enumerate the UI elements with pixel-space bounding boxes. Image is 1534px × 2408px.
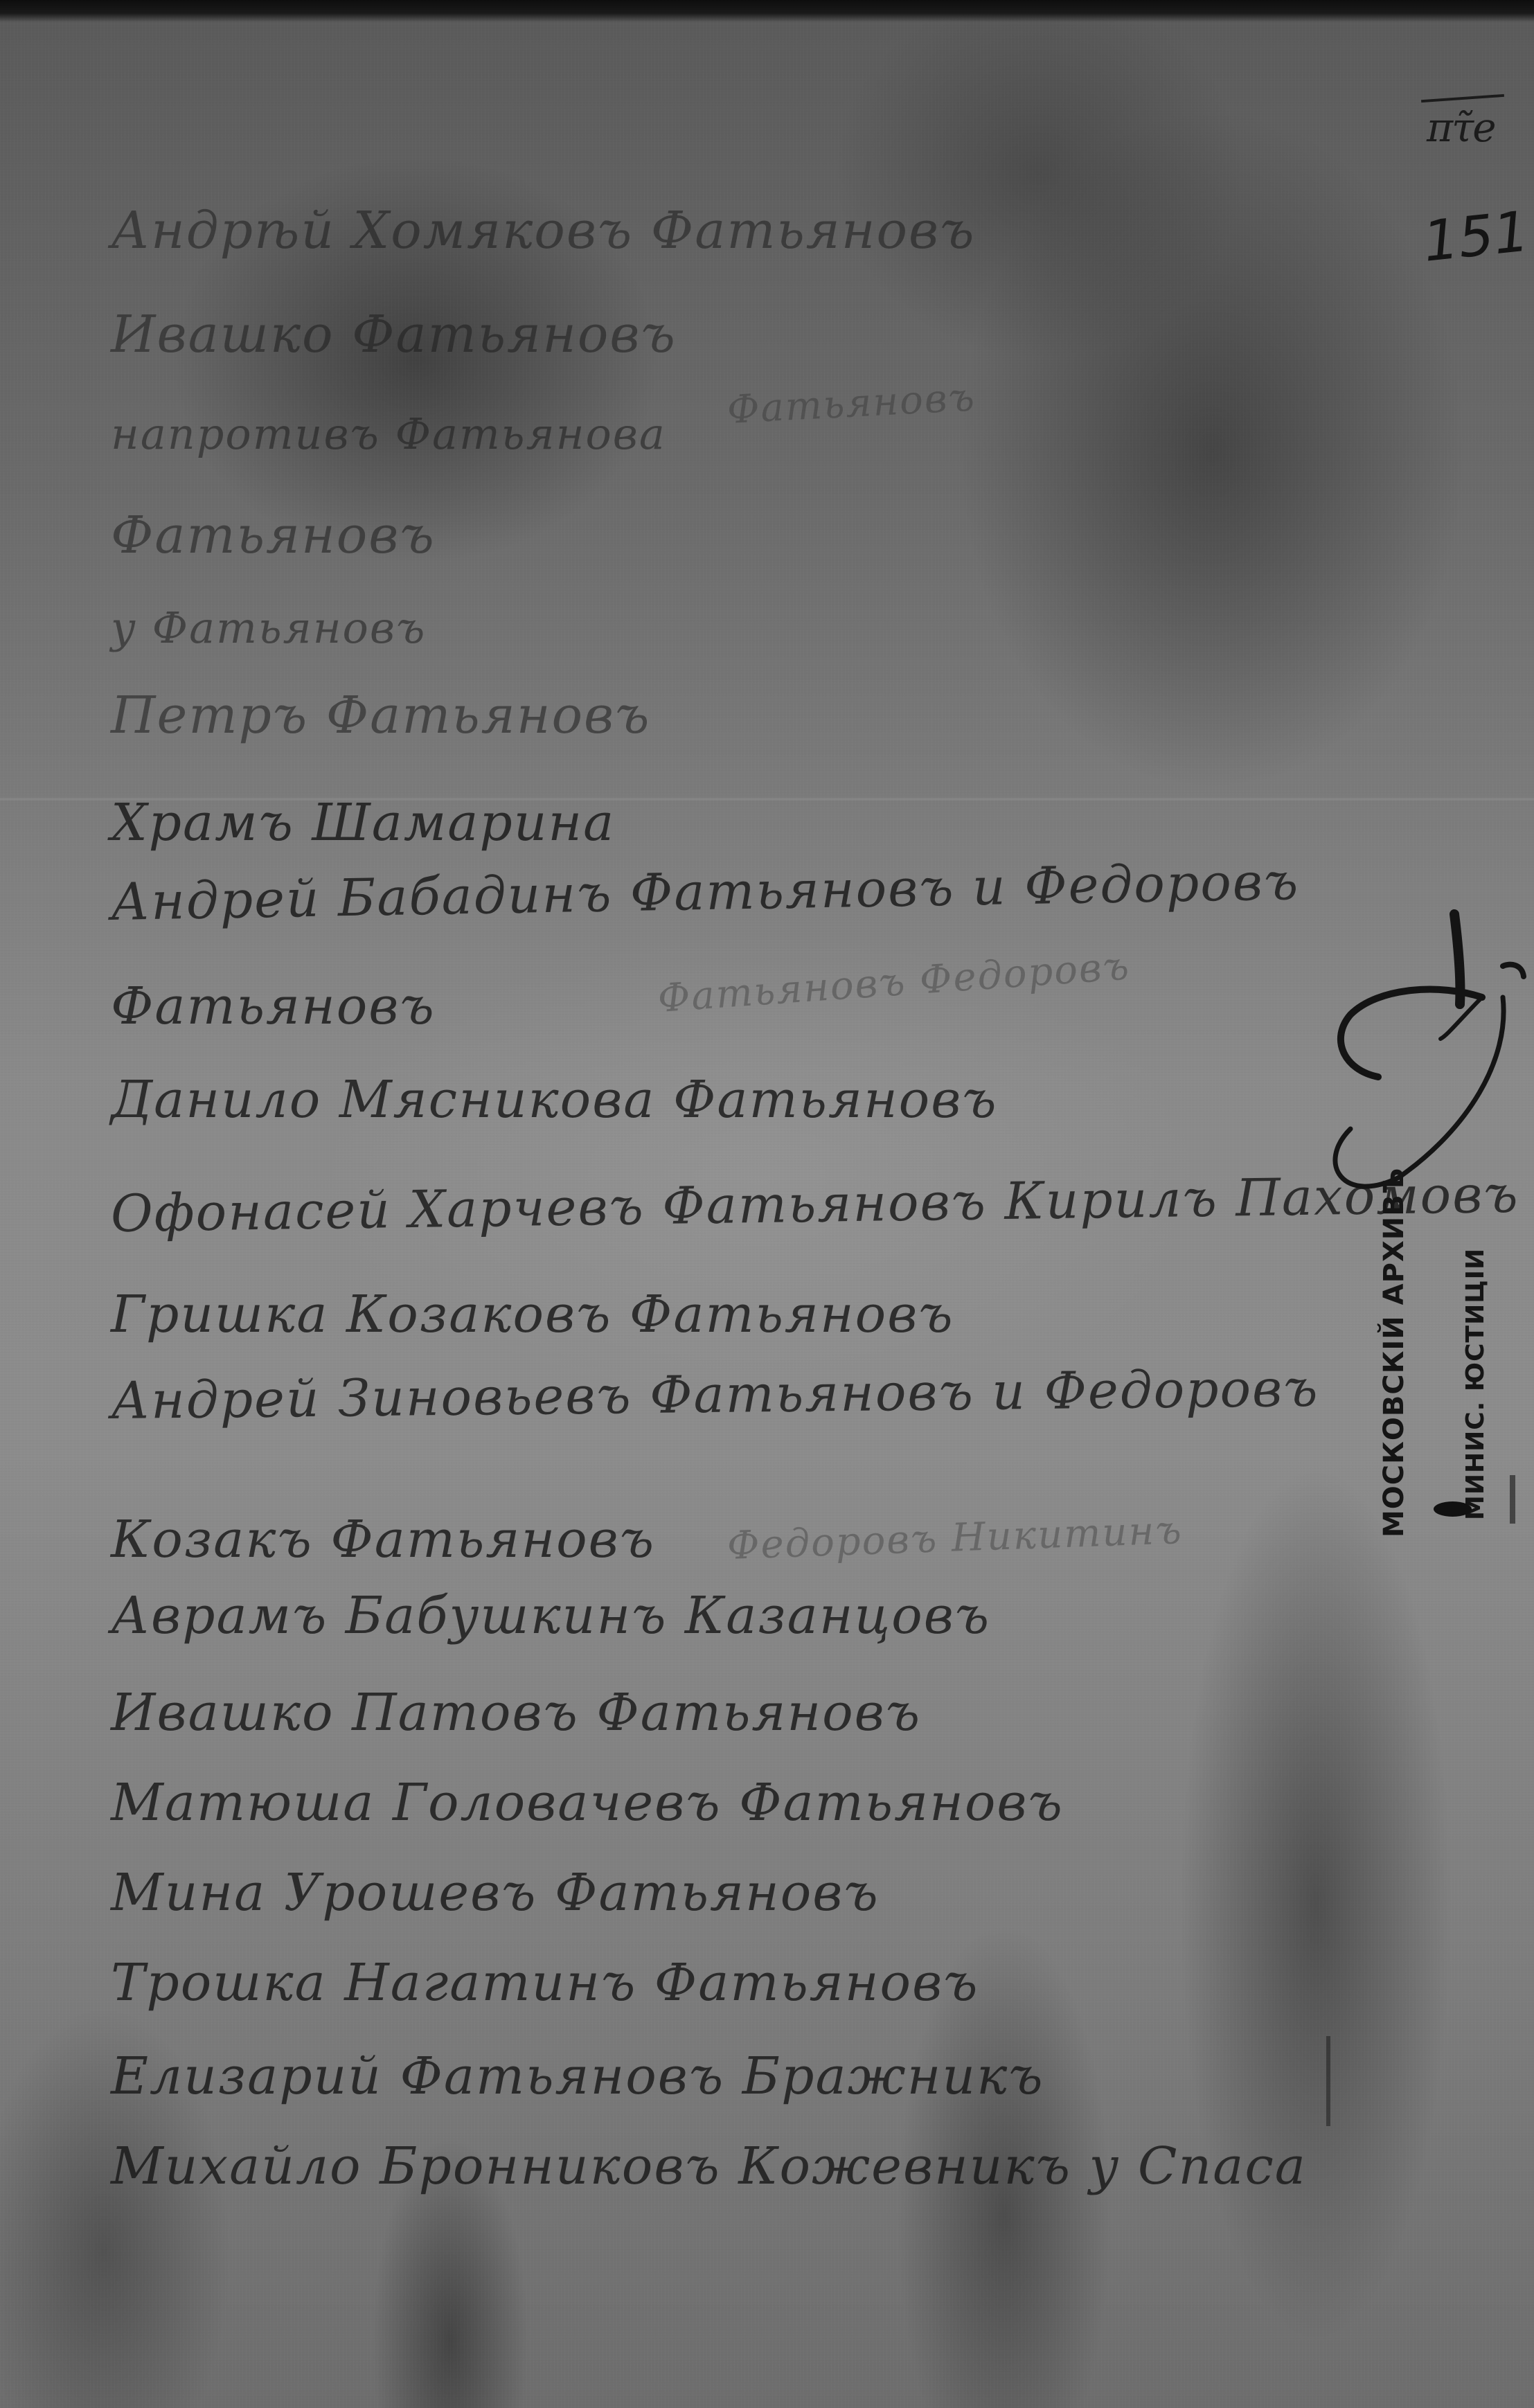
manuscript-line-2: Ивашко Фатьяновъ [111, 305, 677, 364]
manuscript-line-17: Матюша Головачевъ Фатьяновъ [111, 1773, 1064, 1832]
manuscript-line-12: Гришка Козаковъ Фатьяновъ [111, 1285, 954, 1344]
folio-mark: πτ̃е [1427, 104, 1495, 151]
folio-number: 151 [1420, 199, 1533, 274]
scanner-top-edge-shadow [0, 0, 1534, 22]
manuscript-line-1: Андрѣй Хомяковъ Фатьяновъ [111, 201, 975, 260]
manuscript-line-7: Храмъ Шамарина [111, 793, 615, 853]
ink-stroke-mark [1326, 2036, 1330, 2126]
manuscript-line-21: Михайло Бронниковъ Кожевникъ у Спаса [111, 2137, 1307, 2196]
stamp-line-ministry: МИНИС. ЮСТИЦІИ [1461, 1248, 1490, 1520]
manuscript-line-4: Фатьяновъ [111, 506, 436, 565]
manuscript-line-16: Ивашко Патовъ Фатьяновъ [111, 1683, 921, 1742]
manuscript-line-9: Фатьяновъ [111, 976, 436, 1036]
stamp-line-archive: МОСКОВСКІЙ АРХИВЪ [1378, 1168, 1410, 1537]
manuscript-line-6: Петръ Фатьяновъ [111, 686, 650, 745]
archive-stamp: МОСКОВСКІЙ АРХИВЪ МИНИС. ЮСТИЦІИ [1357, 1247, 1510, 1537]
manuscript-line-10: Данило Мясникова Фатьяновъ [111, 1070, 998, 1130]
ink-stroke-mark [1510, 1475, 1515, 1524]
manuscript-line-14: Козакъ Фатьяновъ [111, 1510, 655, 1569]
manuscript-line-5: у Фатьяновъ [111, 603, 426, 653]
manuscript-line-13: Андрей Зиновьевъ Фатьяновъ и Федоровъ [111, 1359, 1319, 1431]
manuscript-line-15: Аврамъ Бабушкинъ Казанцовъ [111, 1586, 990, 1646]
manuscript-line-19: Трошка Нагатинъ Фатьяновъ [111, 1953, 979, 2013]
marginal-flourish-icon: д̃ [1302, 900, 1531, 1191]
manuscript-line-20: Елизарий Фатьяновъ Бражникъ [111, 2046, 1044, 2106]
manuscript-line-18: Мина Урошевъ Фатьяновъ [111, 1863, 880, 1923]
manuscript-line-3: напротивъ Фатьянова [111, 409, 666, 459]
ink-blot [1434, 1501, 1472, 1517]
